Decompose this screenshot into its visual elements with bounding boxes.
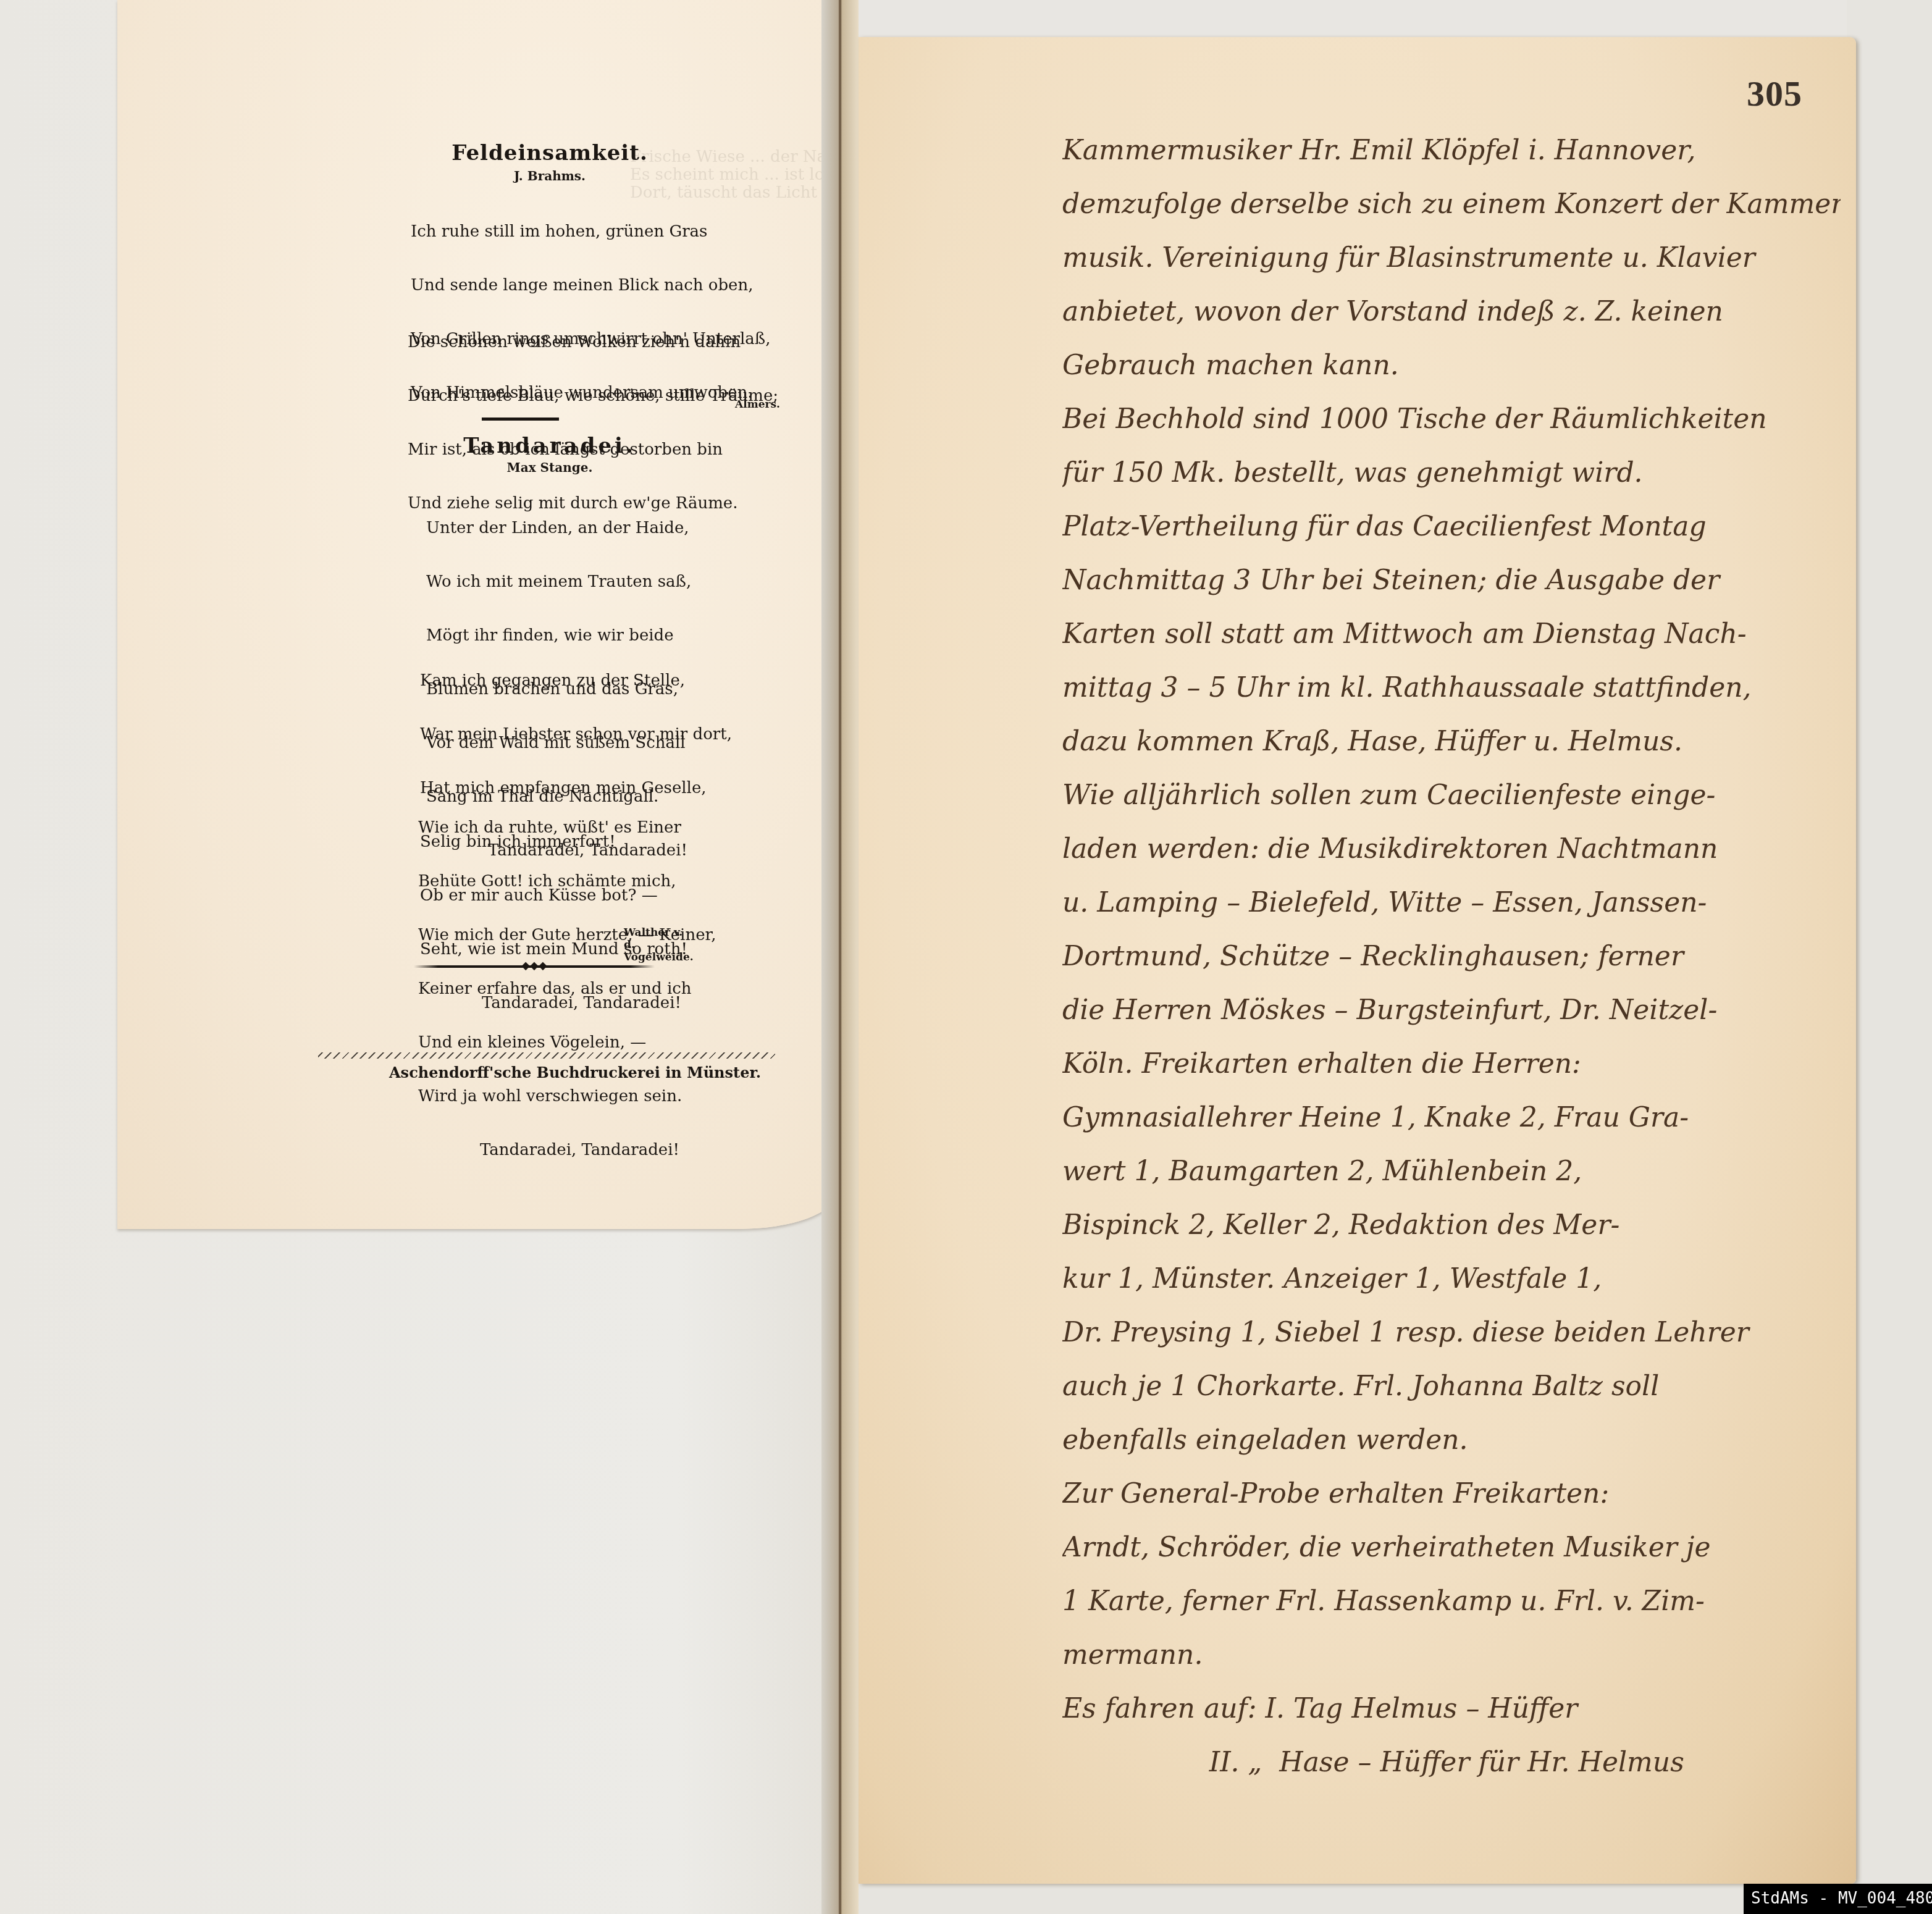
poem-composer: J. Brahms.	[426, 169, 673, 183]
handwritten-line: die Herren Möskes – Burgsteinfurt, Dr. N…	[1062, 983, 1841, 1037]
handwritten-line: Gebrauch machen kann.	[1062, 338, 1841, 392]
poem-author: Almers.	[735, 398, 780, 411]
handwritten-line: Kammermusiker Hr. Emil Klöpfel i. Hannov…	[1062, 124, 1841, 177]
verse-line: Und sende lange meinen Blick nach oben,	[411, 277, 770, 295]
verse-line: Wo ich mit meinem Trauten saß,	[426, 573, 691, 591]
handwritten-line: Dortmund, Schütze – Recklinghausen; fern…	[1062, 930, 1841, 983]
ornamental-divider: ◆◆◆	[414, 965, 655, 968]
handwritten-minutes: Kammermusiker Hr. Emil Klöpfel i. Hannov…	[1062, 124, 1841, 1789]
printer-imprint: Aschendorff'sche Buchdruckerei in Münste…	[389, 1064, 761, 1081]
handwritten-line: II. „ Hase – Hüffer für Hr. Helmus	[1062, 1736, 1841, 1789]
handwritten-line: Bei Bechhold sind 1000 Tische der Räumli…	[1062, 392, 1841, 446]
handwritten-line: Wie alljährlich sollen zum Caecilienfest…	[1062, 768, 1841, 822]
handwritten-line: mittag 3 – 5 Uhr im kl. Rathhaussaale st…	[1062, 661, 1841, 715]
handwritten-line: u. Lamping – Bielefeld, Witte – Essen, J…	[1062, 876, 1841, 930]
handwritten-line: für 150 Mk. bestellt, was genehmigt wird…	[1062, 446, 1841, 500]
verse-line: Ich ruhe still im hohen, grünen Gras	[411, 223, 770, 241]
verse-line: Die schönen weißen Wolken zieh'n dahin	[408, 334, 778, 351]
section-divider	[482, 418, 559, 421]
handwritten-line: Es fahren auf: I. Tag Helmus – Hüffer	[1062, 1682, 1841, 1736]
handwritten-line: demzufolge derselbe sich zu einem Konzer…	[1062, 177, 1841, 231]
handwritten-line: dazu kommen Kraß, Hase, Hüffer u. Helmus…	[1062, 715, 1841, 768]
handwritten-line: Gymnasiallehrer Heine 1, Knake 2, Frau G…	[1062, 1091, 1841, 1144]
verse-line: War mein Liebster schon vor mir dort,	[420, 726, 732, 744]
poem-author: Walther v. d. Vogelweide.	[624, 926, 694, 963]
handwritten-line: 1 Karte, ferner Frl. Hassenkamp u. Frl. …	[1062, 1574, 1841, 1628]
refrain-line: Tandaradei, Tandaradei!	[418, 1141, 716, 1159]
handwritten-line: kur 1, Münster. Anzeiger 1, Westfale 1,	[1062, 1252, 1841, 1306]
verse-line: Behüte Gott! ich schämte mich,	[418, 873, 716, 891]
handwritten-line: anbietet, wovon der Vorstand indeß z. Z.…	[1062, 285, 1841, 338]
handwritten-line: Platz-Vertheilung für das Caecilienfest …	[1062, 500, 1841, 553]
handwritten-line: musik. Vereinigung für Blasinstrumente u…	[1062, 231, 1841, 285]
verse-line: Durch's tiefe Blau, wie schöne, stille T…	[408, 387, 778, 405]
handwritten-line: Dr. Preysing 1, Siebel 1 resp. diese bei…	[1062, 1306, 1841, 1359]
handwritten-line: Arndt, Schröder, die verheiratheten Musi…	[1062, 1521, 1841, 1574]
poem-title: Feldeinsamkeit.	[426, 141, 673, 166]
handwritten-line: wert 1, Baumgarten 2, Mühlenbein 2,	[1062, 1144, 1841, 1198]
stanza: Wie ich da ruhte, wüßt' es Einer Behüte …	[418, 783, 716, 1195]
verse-line: Kam ich gegangen zu der Stelle,	[420, 672, 732, 690]
ledger-top-edge	[859, 0, 1847, 37]
handwritten-line: laden werden: die Musikdirektoren Nachtm…	[1062, 822, 1841, 876]
poem-title: Tandaradei.	[426, 434, 673, 458]
handwritten-line: auch je 1 Chorkarte. Frl. Johanna Baltz …	[1062, 1359, 1841, 1413]
archive-stamp: StdAMs - MV_004_480	[1744, 1884, 1932, 1914]
book-gutter	[821, 0, 859, 1914]
handwritten-line: Karten soll statt am Mittwoch am Diensta…	[1062, 607, 1841, 661]
handwritten-line: Nachmittag 3 Uhr bei Steinen; die Ausgab…	[1062, 553, 1841, 607]
handwritten-line: Bispinck 2, Keller 2, Redaktion des Mer-	[1062, 1198, 1841, 1252]
poem-composer: Max Stange.	[426, 460, 673, 475]
handwritten-line: ebenfalls eingeladen werden.	[1062, 1413, 1841, 1467]
handwritten-line: Zur General-Probe erhalten Freikarten:	[1062, 1467, 1841, 1521]
verse-line: Und ein kleines Vögelein, —	[418, 1034, 716, 1052]
handwritten-line: Köln. Freikarten erhalten die Herren:	[1062, 1037, 1841, 1091]
verse-line: Unter der Linden, an der Haide,	[426, 519, 691, 537]
handwritten-line: mermann.	[1062, 1628, 1841, 1682]
verse-line: Wie ich da ruhte, wüßt' es Einer	[418, 819, 716, 837]
verse-line: Keiner erfahre das, als er und ich	[418, 980, 716, 998]
verse-line: Wird ja wohl verschwiegen sein.	[418, 1088, 716, 1106]
wavy-rule	[318, 1052, 775, 1059]
page-number: 305	[1747, 73, 1802, 114]
